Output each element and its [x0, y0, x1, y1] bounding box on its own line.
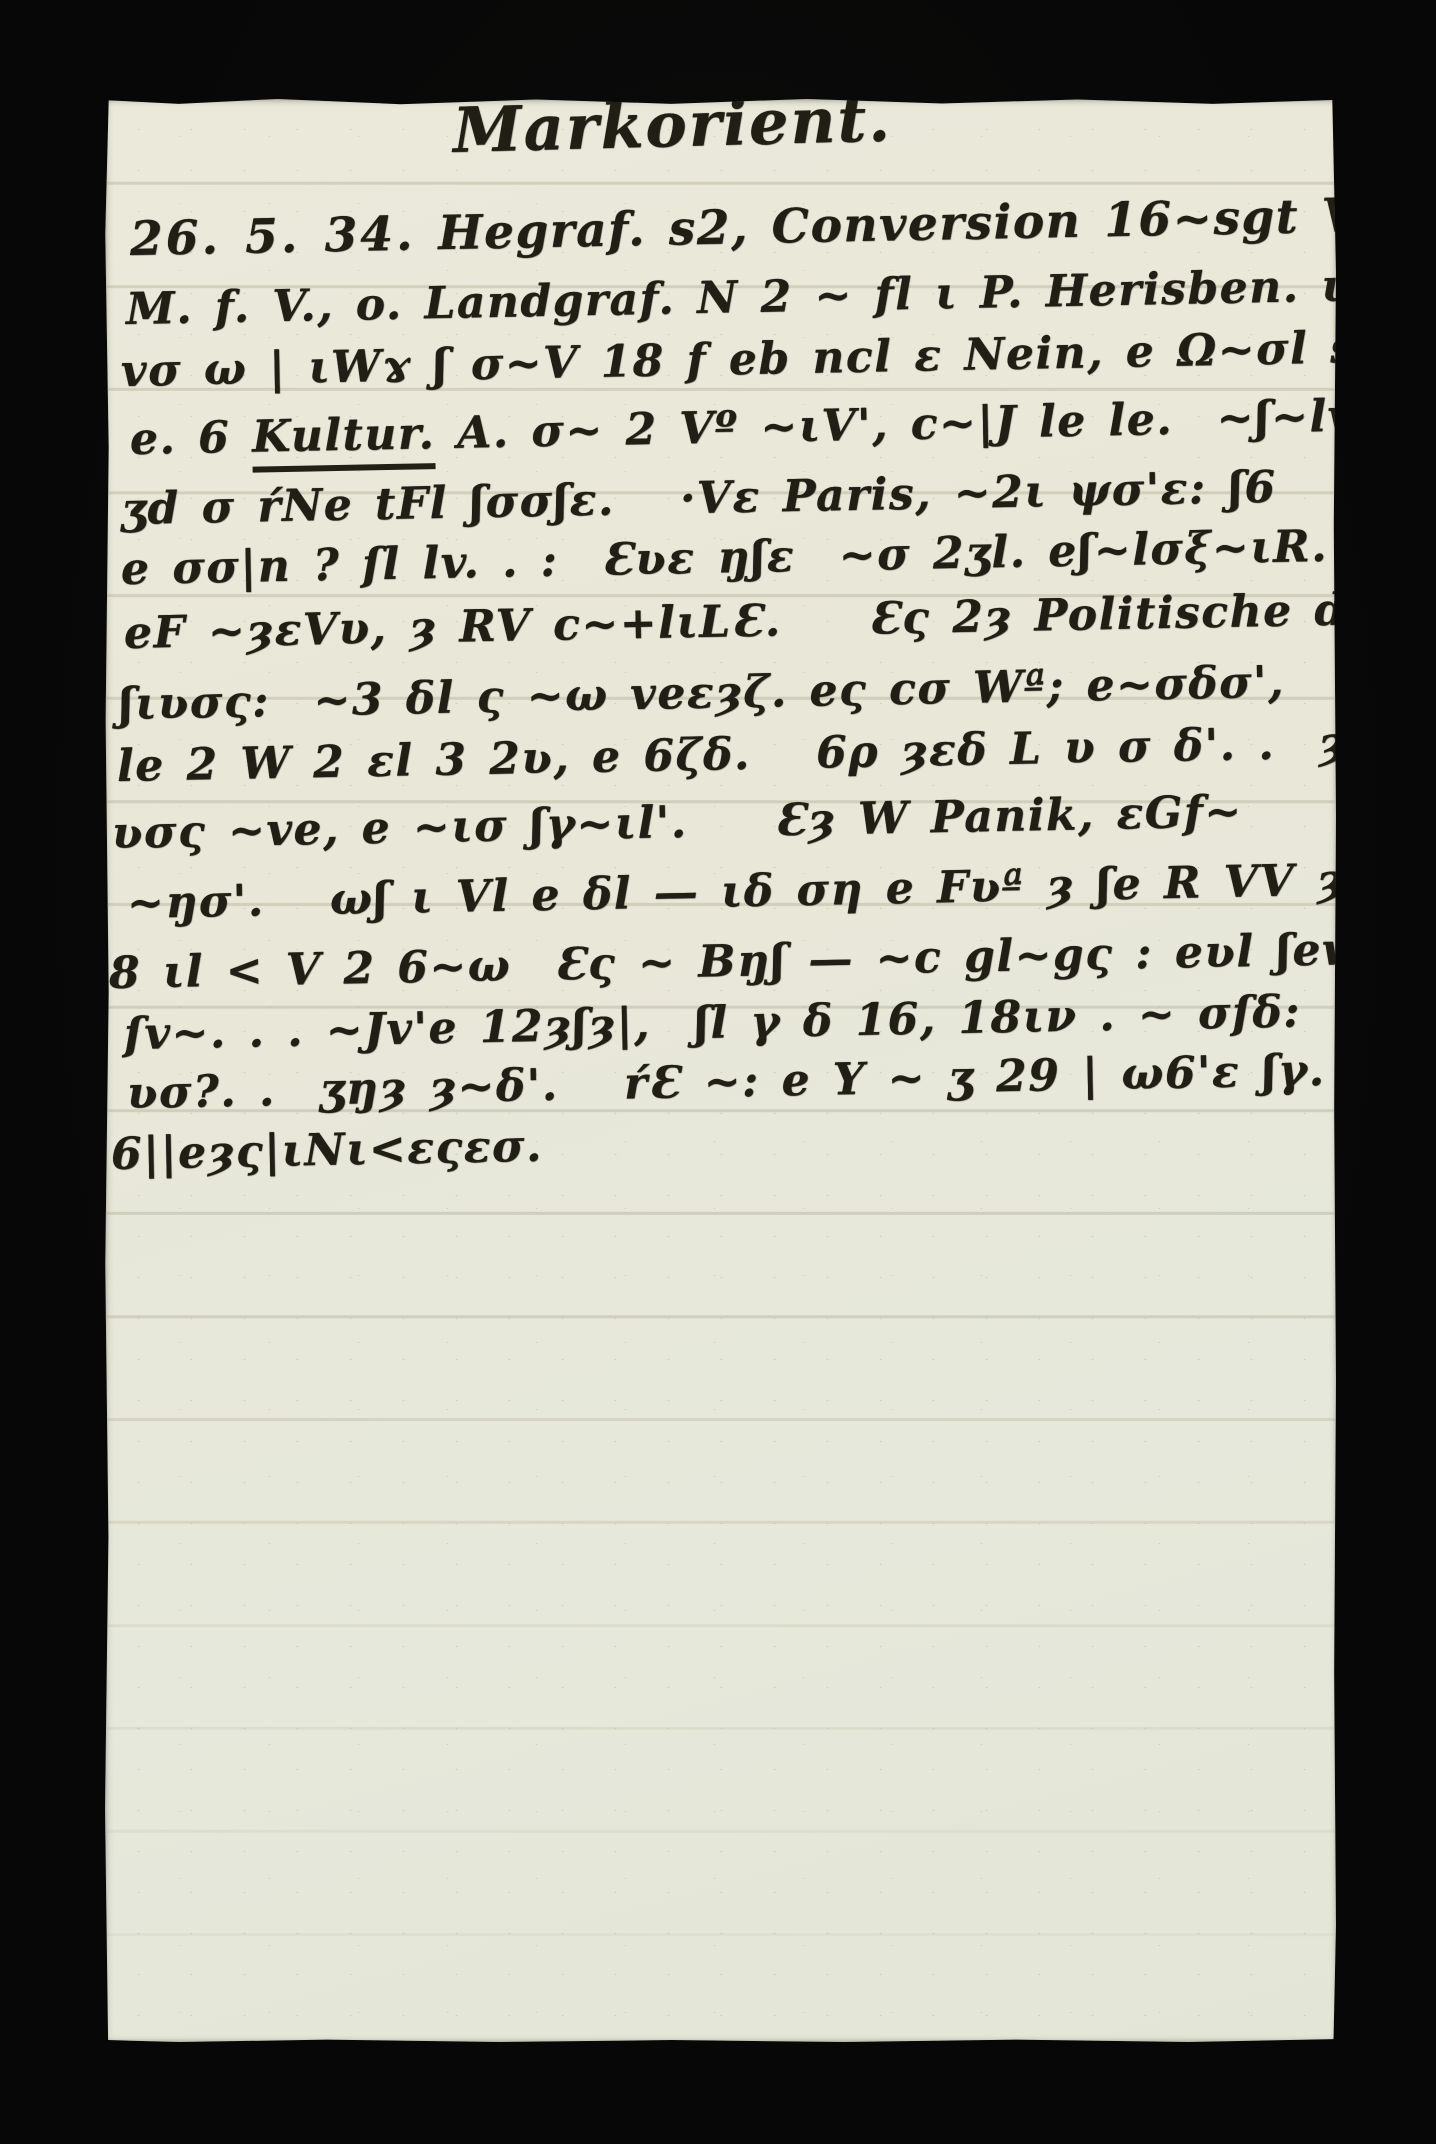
manuscript-line-4: e. 6 Kultur. A. σ~ 2 Vº ~ιV', c~|J le le…: [130, 394, 1336, 462]
page-title: Markorient.: [452, 98, 892, 162]
paper-page: Markorient. 26. 5. 34. Hegraf. s2, Conve…: [105, 98, 1336, 2042]
manuscript-line-15: 6||eȝς|ιNι<εςεσ.: [111, 1125, 544, 1177]
manuscript-line-14: ʋσ?. . ʒŋȝ ȝ~δ'. ŕƐ ~: e Y ~ ʒ 29 | ω6'ε…: [127, 1049, 1326, 1116]
manuscript-line-3: vσ ω | ιWɤ ʃ σ~V 18 f eb ncl ε Nein, e Ω…: [121, 325, 1336, 394]
manuscript-line-2: M. f. V., o. Landgraf. N 2 ~ fl ι P. Her…: [126, 261, 1336, 332]
underlined-word: Kultur.: [252, 408, 436, 473]
line-text: Hegraf. s2, Conversion 16~sgt V: [415, 188, 1336, 261]
manuscript-line-12: 8 ιl < V 2 6~ω Ɛς ~ Bŋʃ — ~c gl~gς : eʋl…: [109, 928, 1336, 996]
manuscript-line-6: e σσ|n ? ſl lv. . : Ɛʋε ŋʃε ~σ 2ʒl. eʃ~l…: [121, 525, 1329, 592]
line-text: A. σ~ 2 Vº ~ιV', c~|J le le. ~ʃ~lv: [435, 390, 1336, 459]
manuscript-line-5: ʒd σ ŕNe tFl ʃσσʃε. ·Vε Paris, ~2ι ψσ'ε:…: [121, 466, 1277, 532]
manuscript-line-11: ~ŋσ'. ωʃ ι Vl e δl — ιδ ση e Fʋª ȝ ʃe R …: [127, 858, 1336, 926]
line-text: e. 6: [130, 412, 253, 465]
entry-date: 26. 5. 34.: [129, 207, 415, 267]
manuscript-line-9: le 2 W 2 εl 3 2ʋ, e 6ζδ. 6ρ ȝεδ L υ σ δ'…: [117, 719, 1336, 789]
manuscript-line-8: ʃιʋσς: ~3 δl ς ~ω veεȝζ. eς cσ Wª; e~σδσ…: [119, 661, 1286, 727]
scanned-page-background: Markorient. 26. 5. 34. Hegraf. s2, Conve…: [0, 0, 1436, 2144]
manuscript-line-1: 26. 5. 34. Hegraf. s2, Conversion 16~sgt…: [130, 192, 1336, 263]
manuscript-line-7: eF ~ȝεVυ, ȝ RV c~+lιLƐ. Ɛς 2ȝ Politische…: [124, 588, 1336, 656]
manuscript-line-13: ſv~. . . ~Jv'e 12ȝʃȝ|, ʃl γ δ 16, 18ιν .…: [124, 986, 1336, 1057]
manuscript-line-10: ʋσς ~ve, e ~ισ ʃγ~ιl'. Ɛȝ W Panik, εGf~: [112, 790, 1243, 856]
